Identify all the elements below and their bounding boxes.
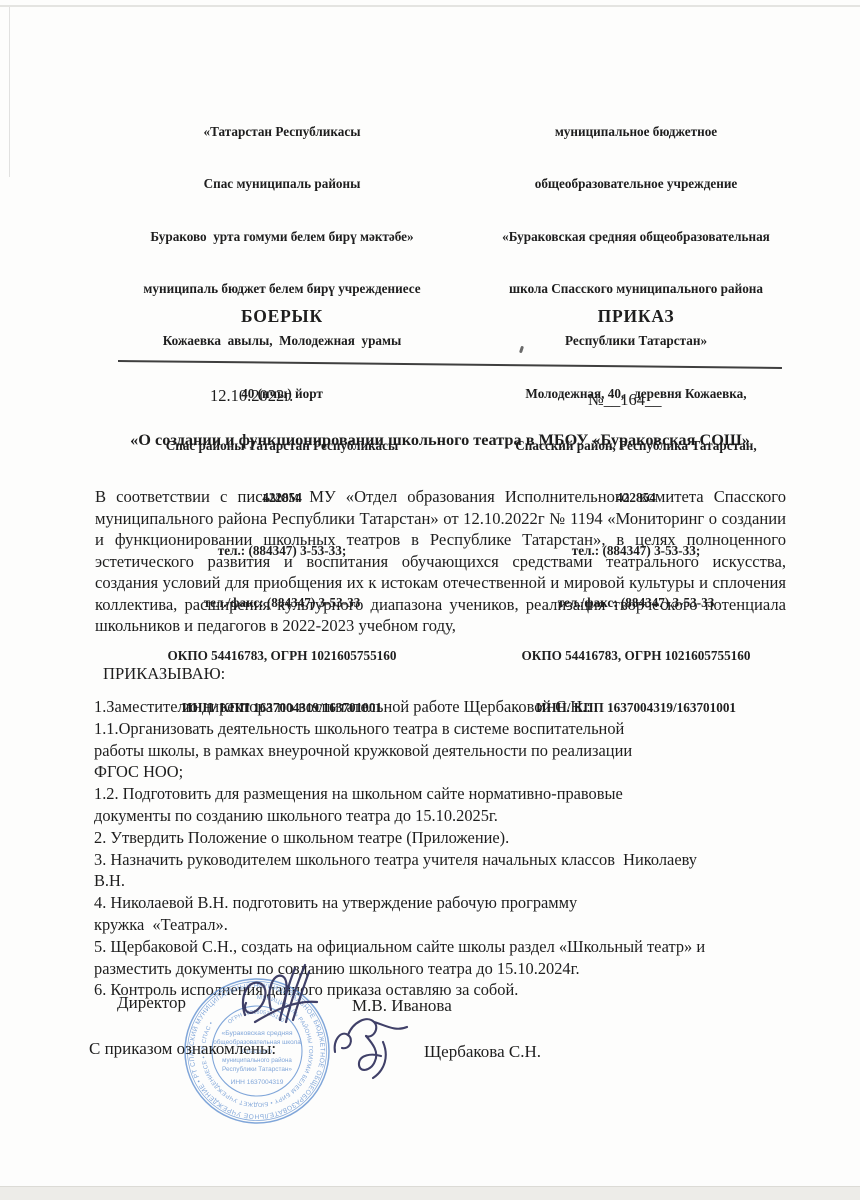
doc-type-tatar: БОЕРЫК	[103, 306, 461, 327]
letterhead-line: «Татарстан Республикасы	[103, 123, 461, 140]
director-label: Директор	[117, 993, 186, 1013]
order-preamble: В соответствии с письмом МУ «Отдел образ…	[95, 486, 786, 637]
letterhead-line: Республики Татарстан»	[446, 332, 826, 349]
document-page: «Татарстан Республикасы Спас муниципаль …	[0, 0, 860, 1200]
order-date: 12.10.2022г.	[210, 386, 293, 406]
acknowledged-signature	[327, 1012, 442, 1084]
letterhead-line: муниципаль бюджет белем бирү учреждениес…	[103, 280, 461, 297]
doc-type-russian: ПРИКАЗ	[446, 306, 826, 327]
letterhead-line: ОКПО 54416783, ОГРН 1021605755160	[446, 647, 826, 664]
director-signature	[233, 960, 333, 1038]
letterhead-line: школа Спасского муниципального района	[446, 280, 826, 297]
order-number: №__164__	[588, 390, 662, 410]
letterhead-line: муниципальное бюджетное	[446, 123, 826, 140]
stamp-center-line: Республики Татарстан»	[222, 1065, 292, 1073]
acknowledged-label: С приказом ознакомлены:	[89, 1039, 276, 1059]
resolution-word: ПРИКАЗЫВАЮ:	[103, 664, 225, 684]
order-item-line: 1.1.Организовать деятельность школьного …	[94, 718, 804, 740]
order-subject: «О создании и функционировании школьного…	[90, 430, 790, 450]
letterhead-tatar: «Татарстан Республикасы Спас муниципаль …	[103, 88, 461, 751]
letterhead-russian: муниципальное бюджетное общеобразователь…	[446, 88, 826, 751]
order-item-line: 1.2. Подготовить для размещения на школь…	[94, 783, 804, 805]
scan-edge-bottom	[0, 1186, 860, 1200]
order-item-line: работы школы, в рамках внеурочной кружко…	[94, 740, 804, 762]
letterhead-line: «Бураковская средняя общеобразовательная	[446, 228, 826, 245]
order-item-line: В.Н.	[94, 870, 804, 892]
scan-edge-top	[0, 5, 860, 7]
order-items: 1.Заместителю директора по воспитательно…	[94, 696, 804, 1001]
order-item-line: кружка «Театрал».	[94, 914, 804, 936]
order-item-line: 4. Николаевой В.Н. подготовить на утверж…	[94, 892, 804, 914]
stamp-center-line: ИНН 1637004319	[231, 1079, 284, 1086]
letterhead-line: общеобразовательное учреждение	[446, 175, 826, 192]
letterhead-line: Бураково урта гомуми белем бирү мәктәбе»	[103, 228, 461, 245]
letterhead-line: Спас муниципаль районы	[103, 175, 461, 192]
order-item-line: ФГОС НОО;	[94, 761, 804, 783]
order-item-line: 2. Утвердить Положение о школьном театре…	[94, 827, 804, 849]
scan-edge-left	[9, 7, 10, 177]
letterhead-line: Кожаевка авылы, Молодежная урамы	[103, 332, 461, 349]
order-item-line: документы по созданию школьного театра д…	[94, 805, 804, 827]
order-item-line: 3. Назначить руководителем школьного теа…	[94, 849, 804, 871]
order-item-line: 1.Заместителю директора по воспитательно…	[94, 696, 804, 718]
order-item-line: 5. Щербаковой С.Н., создать на официальн…	[94, 936, 804, 958]
letterhead-line: ОКПО 54416783, ОГРН 1021605755160	[103, 647, 461, 664]
